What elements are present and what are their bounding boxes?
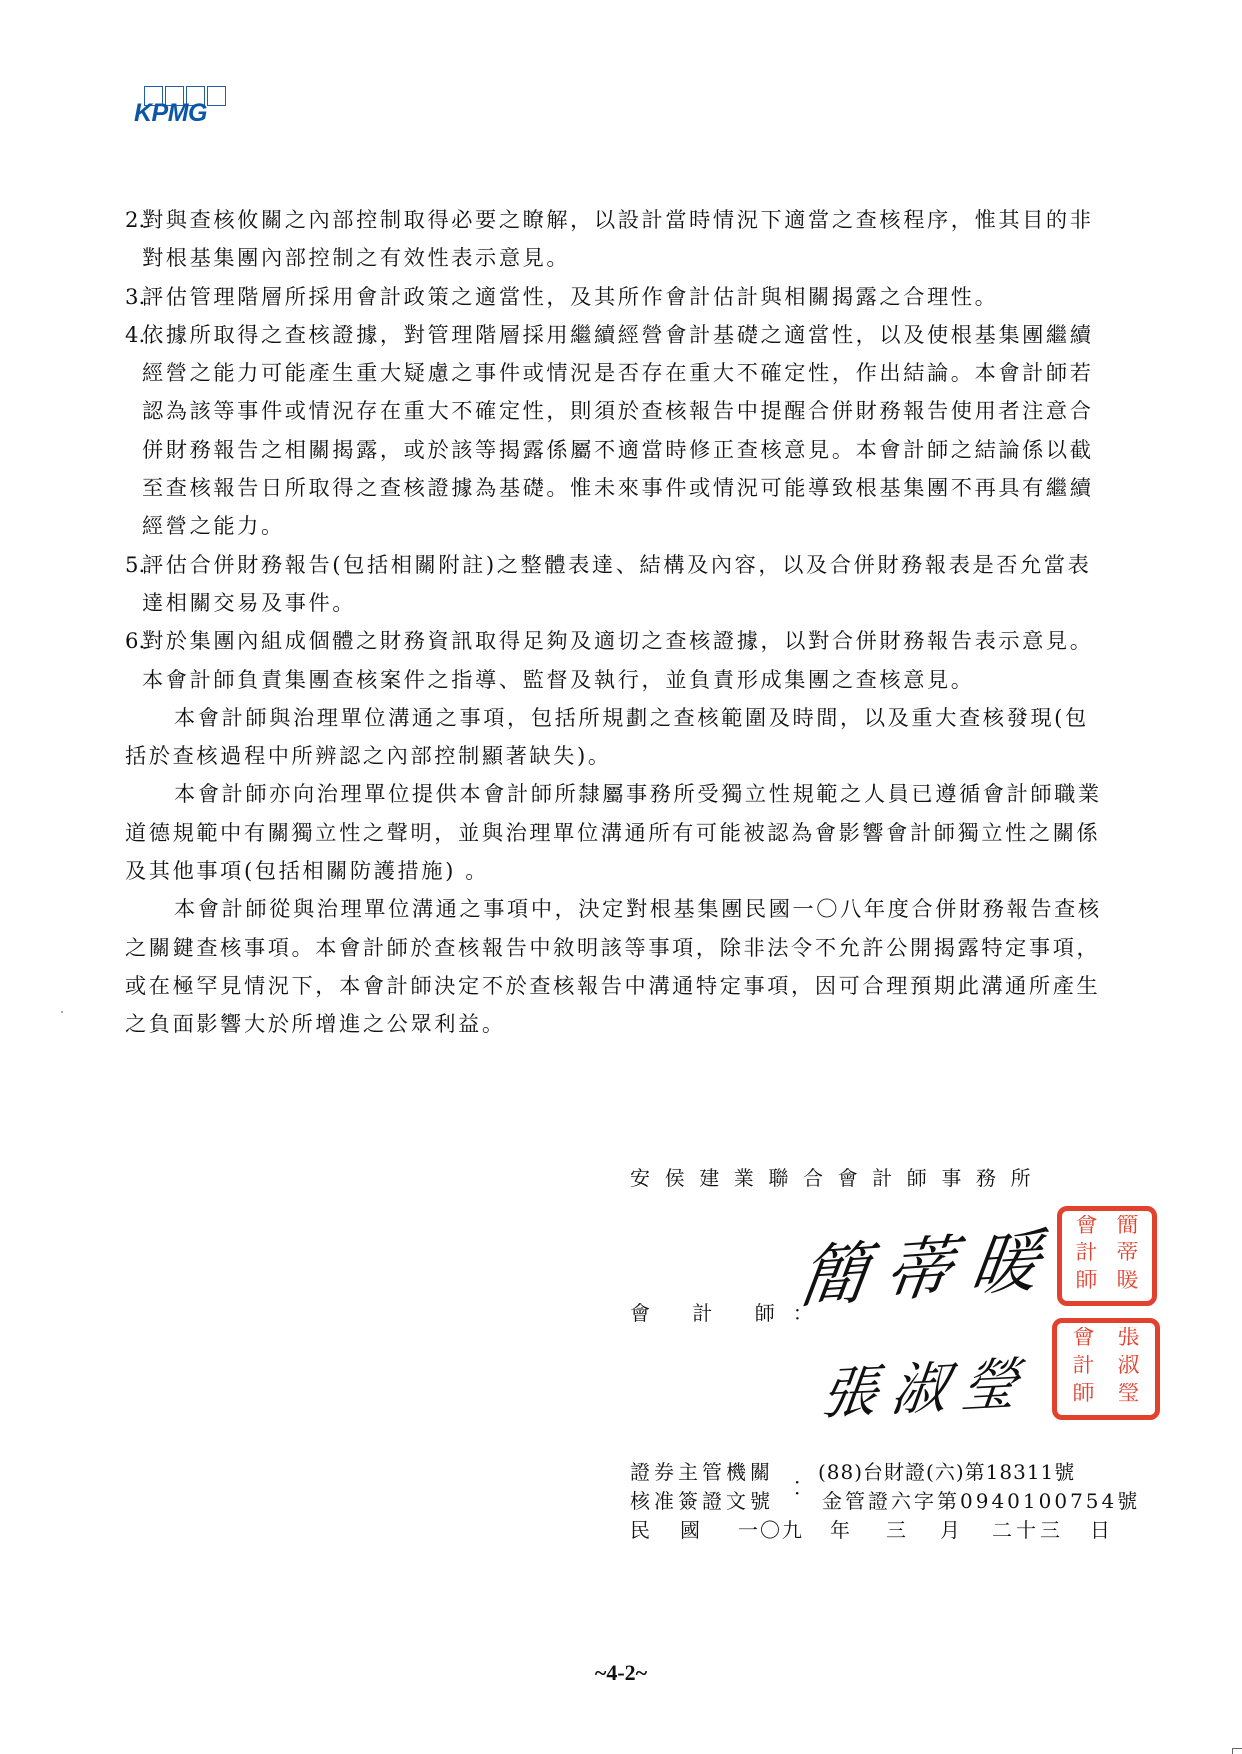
signature-2: 張淑瑩 [817, 1339, 1037, 1431]
list-item-3: 3. 評估管理階層所採用會計政策之適當性，及其所作會計估計與相關揭露之合理性。 [125, 278, 1170, 316]
text-line: 之關鍵查核事項。本會計師於查核報告中敘明該等事項，除非法令不允許公開揭露特定事項… [125, 929, 1170, 967]
registration-key: 核准簽證文號 [630, 1487, 798, 1516]
registration-block: 證券主管機關 · (88)台財證(六)第18311號 核准簽證文號 · 金管證六… [630, 1458, 1140, 1545]
date-part: 一〇九 [738, 1516, 830, 1545]
list-item-4: 4. 依據所取得之查核證據，對管理階層採用繼續經營會計基礎之適當性，以及使根基集… [125, 316, 1170, 546]
seal-stamp-1: 會 簡 計 蒂 師 暖 [1057, 1206, 1157, 1306]
item-number: 4. [125, 316, 142, 546]
text-line: 道德規範中有關獨立性之聲明，並與治理單位溝通所有可能被認為會影響會計師獨立性之關… [125, 814, 1170, 852]
text-line: 依據所取得之查核證據，對管理階層採用繼續經營會計基礎之適當性，以及使根基集團繼續 [142, 316, 1170, 354]
text-line: 之負面影響大於所增進之公眾利益。 [125, 1005, 1170, 1043]
text-line: 括於查核過程中所辨認之內部控制顯著缺失)。 [125, 737, 1170, 775]
date-part: 年 [830, 1516, 886, 1545]
text-line: 本會計師從與治理單位溝通之事項中，決定對根基集團民國一〇八年度合併財務報告查核 [125, 890, 1170, 928]
paragraph-key-audit-matters: 本會計師從與治理單位溝通之事項中，決定對根基集團民國一〇八年度合併財務報告查核 … [125, 890, 1170, 1043]
kpmg-logo: KPMG [134, 86, 234, 130]
item-number: 6. [125, 622, 142, 660]
corner-mark [1232, 1748, 1242, 1754]
seal-char: 師 [1061, 1383, 1106, 1411]
date-part: 二十三 [992, 1516, 1090, 1545]
text-line: 經營之能力可能產生重大疑慮之事件或情況是否存在重大不確定性，作出結論。本會計師若 [142, 354, 1170, 392]
date-part: 日 [1090, 1516, 1110, 1545]
list-item-5: 5. 評估合併財務報告(包括相關附註)之整體表達、結構及內容，以及合併財務報表是… [125, 546, 1170, 623]
logo-wordmark: KPMG [134, 101, 207, 126]
seal-char: 暖 [1107, 1270, 1148, 1297]
text-line: 併財務報告之相關揭露，或於該等揭露係屬不適當時修正查核意見。本會計師之結論係以截 [142, 431, 1170, 469]
text-line: 對與查核攸關之內部控制取得必要之瞭解，以設計當時情況下適當之查核程序，惟其目的非 [142, 201, 1170, 239]
item-number: 2. [125, 201, 142, 278]
item-number: 5. [125, 546, 142, 623]
text-line: 本會計師負責集團查核案件之指導、監督及執行，並負責形成集團之查核意見。 [142, 661, 1170, 699]
text-line: 本會計師亦向治理單位提供本會計師所隸屬事務所受獨立性規範之人員已遵循會計師職業 [125, 775, 1170, 813]
seal-char: 計 [1061, 1355, 1106, 1383]
item-number: 3. [125, 278, 142, 316]
firm-name: 安侯建業聯合會計師事務所 [630, 1162, 1045, 1191]
report-date: 民國一〇九年三月二十三日 [630, 1516, 1140, 1545]
seal-char: 會 [1061, 1327, 1106, 1355]
seal-char: 瑩 [1106, 1383, 1151, 1411]
text-line: 評估合併財務報告(包括相關附註)之整體表達、結構及內容，以及合併財務報表是否允當… [142, 546, 1170, 584]
page-number: ~4-2~ [0, 1660, 1242, 1686]
paragraph-communication: 本會計師與治理單位溝通之事項，包括所規劃之查核範圍及時間，以及重大查核發現(包 … [125, 699, 1170, 776]
text-line: 認為該等事件或情況存在重大不確定性，則須於查核報告中提醒合併財務報告使用者注意合 [142, 392, 1170, 430]
registration-row-authority: 證券主管機關 · (88)台財證(六)第18311號 [630, 1458, 1140, 1487]
text-line: 評估管理階層所採用會計政策之適當性，及其所作會計估計與相關揭露之合理性。 [142, 278, 1170, 316]
text-line: 對根基集團內部控制之有效性表示意見。 [142, 239, 1170, 277]
date-part: 三 [886, 1516, 940, 1545]
text-line: 或在極罕見情況下，本會計師決定不於查核報告中溝通特定事項，因可合理預期此溝通所產… [125, 967, 1170, 1005]
text-line: 至查核報告日所取得之查核證據為基礎。惟未來事件或情況可能導致根基集團不再具有繼續 [142, 469, 1170, 507]
date-part: 國 [680, 1516, 738, 1545]
text-line: 經營之能力。 [142, 507, 1170, 545]
date-part: 月 [940, 1516, 992, 1545]
text-line: 及其他事項(包括相關防護措施) 。 [125, 852, 1170, 890]
seal-stamp-2: 會 張 計 淑 師 瑩 [1052, 1318, 1160, 1420]
date-part: 民 [630, 1516, 680, 1545]
text-line: 本會計師與治理單位溝通之事項，包括所規劃之查核範圍及時間，以及重大查核發現(包 [125, 699, 1170, 737]
seal-char: 蒂 [1107, 1242, 1148, 1269]
list-item-6: 6. 對於集團內組成個體之財務資訊取得足夠及適切之查核證據，以對合併財務報告表示… [125, 622, 1170, 660]
item-6-continuation: 本會計師負責集團查核案件之指導、監督及執行，並負責形成集團之查核意見。 [125, 661, 1170, 699]
list-item-2: 2. 對與查核攸關之內部控制取得必要之瞭解，以設計當時情況下適當之查核程序，惟其… [125, 201, 1170, 278]
registration-key: 證券主管機關 [630, 1458, 798, 1487]
report-body: 2. 對與查核攸關之內部控制取得必要之瞭解，以設計當時情況下適當之查核程序，惟其… [125, 201, 1170, 1044]
scan-speck [61, 1011, 63, 1013]
seal-char: 計 [1066, 1242, 1107, 1269]
registration-value: 金管證六字第0940100754號 [818, 1487, 1140, 1516]
seal-char: 張 [1106, 1327, 1151, 1355]
text-line: 達相關交易及事件。 [142, 584, 1170, 622]
seal-char: 簡 [1107, 1215, 1148, 1242]
registration-row-approval: 核准簽證文號 · 金管證六字第0940100754號 [630, 1487, 1140, 1516]
paragraph-independence: 本會計師亦向治理單位提供本會計師所隸屬事務所受獨立性規範之人員已遵循會計師職業 … [125, 775, 1170, 890]
seal-char: 會 [1066, 1215, 1107, 1242]
colon: · [794, 1479, 814, 1508]
registration-value: (88)台財證(六)第18311號 [818, 1458, 1075, 1487]
signature-1: 簡蒂暖 [793, 1205, 1064, 1321]
text-line: 對於集團內組成個體之財務資訊取得足夠及適切之查核證據，以對合併財務報告表示意見。 [142, 622, 1170, 660]
seal-char: 淑 [1106, 1355, 1151, 1383]
seal-char: 師 [1066, 1270, 1107, 1297]
